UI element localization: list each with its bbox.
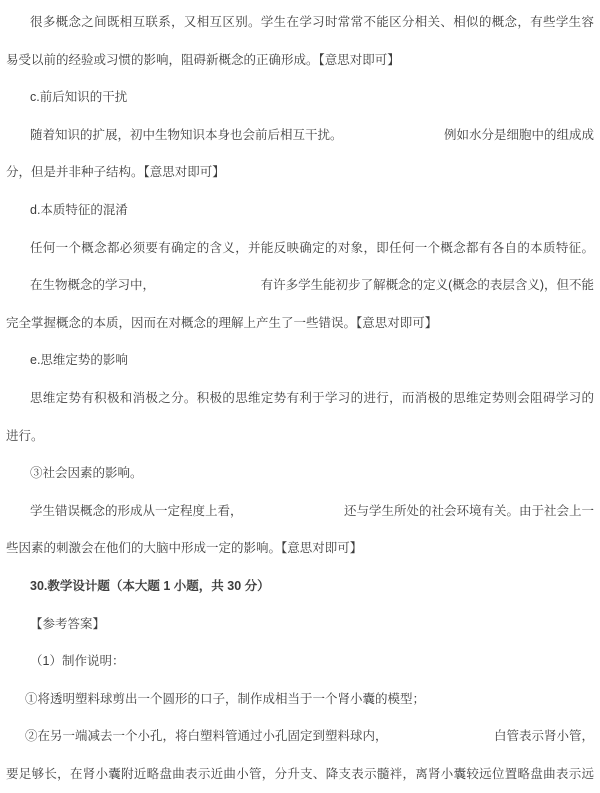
text-segment: 些因素的刺激会在他们的大脑中形成一定的影响。【意思对即可】 (6, 541, 362, 555)
text-line: 思维定势有积极和消极之分。积极的思维定势有利于学习的进行，而消极的思维定势则会阻… (6, 380, 594, 418)
text-line: e.思维定势的影响 (6, 342, 594, 380)
text-segment: ③社会因素的影响。 (30, 466, 143, 480)
text-segment: 易受以前的经验或习惯的影响，阻碍新概念的正确形成。【意思对即可】 (6, 53, 400, 67)
text-line: 要足够长，在肾小囊附近略盘曲表示近曲小管，分升支、降支表示髓袢，离肾小囊较远位置… (6, 756, 594, 793)
text-segment: 学生错误概念的形成从一定程度上看， (30, 493, 243, 531)
hidden-text-gap (155, 267, 261, 305)
text-line: 些因素的刺激会在他们的大脑中形成一定的影响。【意思对即可】 (6, 530, 594, 568)
text-line: 很多概念之间既相互联系，又相互区别。学生在学习时常常不能区分相关、相似的概念，有… (6, 4, 594, 42)
text-line: ②在另一端减去一个小孔，将白塑料管通过小孔固定到塑料球内，白管表示肾小管， (6, 718, 594, 756)
hidden-text-gap (243, 493, 344, 531)
text-segment: c.前后知识的干扰 (30, 90, 127, 104)
text-segment: 有许多学生能初步了解概念的定义(概念的表层含义)，但不能 (261, 267, 594, 305)
text-segment: 例如水分是细胞中的组成成 (444, 117, 594, 155)
text-segment: 随着知识的扩展，初中生物知识本身也会前后相互干扰。 (30, 117, 343, 155)
text-segment: ①将透明塑料球剪出一个圆形的口子，制作成相当于一个肾小囊的模型； (25, 692, 425, 706)
text-line: 完全掌握概念的本质，因而在对概念的理解上产生了一些错误。【意思对即可】 (6, 305, 594, 343)
text-segment: 思维定势有积极和消极之分。积极的思维定势有利于学习的进行，而消极的思维定势则会阻… (30, 391, 594, 405)
text-segment: 30.教学设计题（本大题 1 小题，共 30 分） (30, 579, 270, 593)
text-segment: 完全掌握概念的本质，因而在对概念的理解上产生了一些错误。【意思对即可】 (6, 316, 437, 330)
text-segment: 在生物概念的学习中， (30, 267, 155, 305)
text-line: ③社会因素的影响。 (6, 455, 594, 493)
text-segment: 要足够长，在肾小囊附近略盘曲表示近曲小管，分升支、降支表示髓袢，离肾小囊较远位置… (6, 767, 594, 781)
document-body: 很多概念之间既相互联系，又相互区别。学生在学习时常常不能区分相关、相似的概念，有… (6, 4, 594, 793)
text-line: 在生物概念的学习中，有许多学生能初步了解概念的定义(概念的表层含义)，但不能 (6, 267, 594, 305)
text-segment: 很多概念之间既相互联系，又相互区别。学生在学习时常常不能区分相关、相似的概念，有… (30, 15, 594, 29)
text-segment: 分，但是并非种子结构。【意思对即可】 (6, 165, 225, 179)
text-segment: 任何一个概念都必须要有确定的含义，并能反映确定的对象，即任何一个概念都有各自的本… (30, 241, 594, 255)
text-segment: 进行。 (6, 429, 44, 443)
document-page: 很多概念之间既相互联系，又相互区别。学生在学习时常常不能区分相关、相似的概念，有… (0, 0, 600, 793)
hidden-text-gap (343, 117, 444, 155)
text-segment: （1）制作说明： (30, 654, 124, 668)
text-line: ①将透明塑料球剪出一个圆形的口子，制作成相当于一个肾小囊的模型； (6, 681, 594, 719)
hidden-text-gap (388, 718, 494, 756)
text-segment: ②在另一端减去一个小孔，将白塑料管通过小孔固定到塑料球内， (25, 718, 388, 756)
text-line: d.本质特征的混淆 (6, 192, 594, 230)
text-line: 30.教学设计题（本大题 1 小题，共 30 分） (6, 568, 594, 606)
text-line: 【参考答案】 (6, 606, 594, 644)
text-segment: e.思维定势的影响 (30, 353, 128, 367)
text-line: 进行。 (6, 418, 594, 456)
text-line: 分，但是并非种子结构。【意思对即可】 (6, 154, 594, 192)
text-line: （1）制作说明： (6, 643, 594, 681)
text-line: 随着知识的扩展，初中生物知识本身也会前后相互干扰。例如水分是细胞中的组成成 (6, 117, 594, 155)
text-segment: 【参考答案】 (30, 617, 105, 631)
text-line: c.前后知识的干扰 (6, 79, 594, 117)
text-segment: d.本质特征的混淆 (30, 203, 128, 217)
text-line: 任何一个概念都必须要有确定的含义，并能反映确定的对象，即任何一个概念都有各自的本… (6, 230, 594, 268)
text-line: 学生错误概念的形成从一定程度上看，还与学生所处的社会环境有关。由于社会上一 (6, 493, 594, 531)
text-segment: 白管表示肾小管， (494, 718, 594, 756)
text-segment: 还与学生所处的社会环境有关。由于社会上一 (344, 493, 594, 531)
text-line: 易受以前的经验或习惯的影响，阻碍新概念的正确形成。【意思对即可】 (6, 42, 594, 80)
